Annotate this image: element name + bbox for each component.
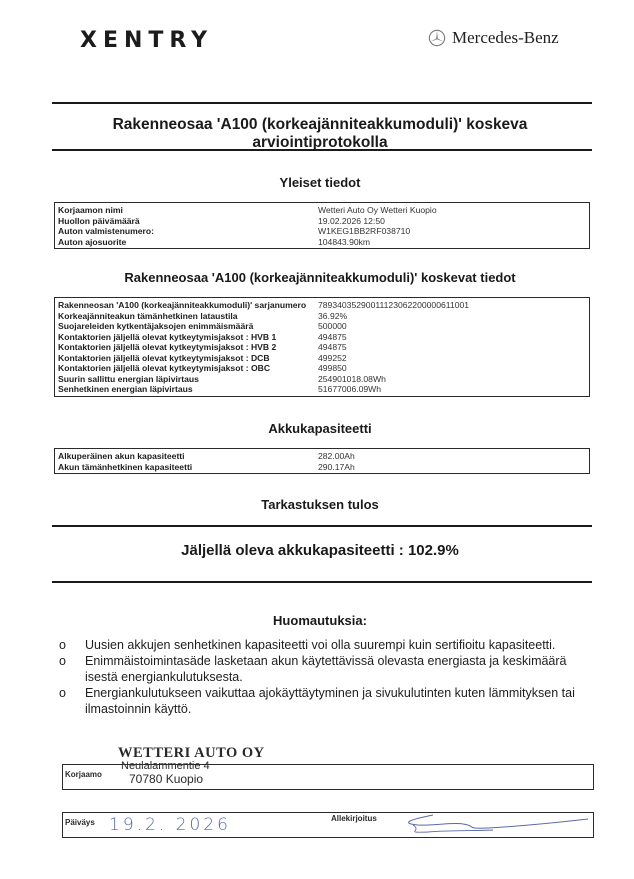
remaining-capacity-result: Jäljellä oleva akkukapasiteetti : 102.9% [50, 542, 590, 559]
row-label: Auton ajosuorite [58, 237, 318, 248]
list-item: oEnergiankulutukseen vaikuttaa ajokäyttä… [58, 685, 598, 717]
row-label: Suurin sallittu energian läpivirtaus [58, 374, 318, 385]
table-row: Senhetkinen energian läpivirtaus51677006… [58, 384, 586, 395]
mercedes-star-icon [428, 29, 446, 47]
xentry-logo: XENTRY [80, 28, 213, 53]
row-value: 51677006.09Wh [318, 384, 586, 395]
table-row: Alkuperäinen akun kapasiteetti282.00Ah [58, 451, 586, 462]
row-value: 499850 [318, 363, 586, 374]
signature-label: Allekirjoitus [331, 814, 377, 823]
row-label: Suojareleiden kytkentäjaksojen enimmäism… [58, 321, 318, 332]
capacity-table: Alkuperäinen akun kapasiteetti282.00Ah A… [54, 448, 590, 474]
component-info-heading: Rakenneosaa 'A100 (korkeajänniteakkumodu… [50, 270, 590, 285]
table-row: Rakenneosan 'A100 (korkeajänniteakkumodu… [58, 300, 586, 311]
note-text: Uusien akkujen senhetkinen kapasiteetti … [85, 637, 555, 653]
stamp-street: Neulalammentie 4 [121, 760, 210, 772]
general-info-heading: Yleiset tiedot [50, 175, 590, 190]
workshop-label: Korjaamo [65, 770, 102, 779]
row-label: Korjaamon nimi [58, 205, 318, 216]
table-row: Huollon päivämäärä19.02.2026 12:50 [58, 216, 586, 227]
mercedes-benz-logo: Mercedes-Benz [428, 28, 559, 48]
divider [52, 102, 592, 104]
row-label: Kontaktorien jäljellä olevat kytkeytymis… [58, 353, 318, 364]
stamp-city: 70780 Kuopio [129, 772, 203, 786]
row-label: Auton valmistenumero: [58, 226, 318, 237]
mercedes-benz-wordmark: Mercedes-Benz [452, 28, 559, 48]
divider [52, 581, 592, 583]
row-value: 494875 [318, 342, 586, 353]
bullet-icon: o [58, 637, 85, 653]
row-label: Korkeajänniteakun tämänhetkinen latausti… [58, 311, 318, 322]
list-item: oEnimmäistoimintasäde lasketaan akun käy… [58, 653, 598, 685]
row-value: 494875 [318, 332, 586, 343]
general-info-table: Korjaamon nimiWetteri Auto Oy Wetteri Ku… [54, 202, 590, 249]
row-value: Wetteri Auto Oy Wetteri Kuopio [318, 205, 586, 216]
table-row: Akun tämänhetkinen kapasiteetti290.17Ah [58, 462, 586, 473]
notes-heading: Huomautuksia: [50, 613, 590, 628]
row-value: 282.00Ah [318, 451, 586, 462]
table-row: Korjaamon nimiWetteri Auto Oy Wetteri Ku… [58, 205, 586, 216]
bullet-icon: o [58, 653, 85, 685]
table-row: Kontaktorien jäljellä olevat kytkeytymis… [58, 353, 586, 364]
table-row: Suurin sallittu energian läpivirtaus2549… [58, 374, 586, 385]
table-row: Auton valmistenumero:W1KEG1BB2RF038710 [58, 226, 586, 237]
row-label: Kontaktorien jäljellä olevat kytkeytymis… [58, 332, 318, 343]
row-value: 36.92% [318, 311, 586, 322]
result-heading: Tarkastuksen tulos [50, 497, 590, 512]
row-value: 19.02.2026 12:50 [318, 216, 586, 227]
row-label: Rakenneosan 'A100 (korkeajänniteakkumodu… [58, 300, 318, 311]
divider [52, 525, 592, 527]
date-label: Päiväys [65, 818, 95, 827]
row-value: 104843.90km [318, 237, 586, 248]
row-value: 78934035290011123062200000611001 [318, 300, 586, 311]
table-row: Suojareleiden kytkentäjaksojen enimmäism… [58, 321, 586, 332]
row-value: W1KEG1BB2RF038710 [318, 226, 586, 237]
date-signature-box: Päiväys 19.2. 2026 Allekirjoitus [62, 812, 594, 838]
capacity-heading: Akkukapasiteetti [50, 421, 590, 436]
row-label: Alkuperäinen akun kapasiteetti [58, 451, 318, 462]
table-row: Korkeajänniteakun tämänhetkinen latausti… [58, 311, 586, 322]
row-label: Huollon päivämäärä [58, 216, 318, 227]
row-label: Kontaktorien jäljellä olevat kytkeytymis… [58, 342, 318, 353]
notes-list: oUusien akkujen senhetkinen kapasiteetti… [58, 637, 598, 717]
table-row: Kontaktorien jäljellä olevat kytkeytymis… [58, 342, 586, 353]
component-info-table: Rakenneosan 'A100 (korkeajänniteakkumodu… [54, 297, 590, 397]
note-text: Energiankulutukseen vaikuttaa ajokäyttäy… [85, 685, 598, 717]
row-label: Kontaktorien jäljellä olevat kytkeytymis… [58, 363, 318, 374]
bullet-icon: o [58, 685, 85, 717]
signature-scribble-icon [393, 813, 593, 837]
row-label: Akun tämänhetkinen kapasiteetti [58, 462, 318, 473]
row-value: 290.17Ah [318, 462, 586, 473]
row-value: 254901018.08Wh [318, 374, 586, 385]
divider [52, 149, 592, 151]
row-value: 500000 [318, 321, 586, 332]
workshop-box: Korjaamo Neulalammentie 4 70780 Kuopio [62, 764, 594, 790]
page-title: Rakenneosaa 'A100 (korkeajänniteakkumodu… [50, 116, 590, 152]
note-text: Enimmäistoimintasäde lasketaan akun käyt… [85, 653, 598, 685]
table-row: Kontaktorien jäljellä olevat kytkeytymis… [58, 363, 586, 374]
table-row: Kontaktorien jäljellä olevat kytkeytymis… [58, 332, 586, 343]
handwritten-date: 19.2. 2026 [109, 815, 231, 835]
list-item: oUusien akkujen senhetkinen kapasiteetti… [58, 637, 598, 653]
table-row: Auton ajosuorite104843.90km [58, 237, 586, 248]
row-value: 499252 [318, 353, 586, 364]
row-label: Senhetkinen energian läpivirtaus [58, 384, 318, 395]
